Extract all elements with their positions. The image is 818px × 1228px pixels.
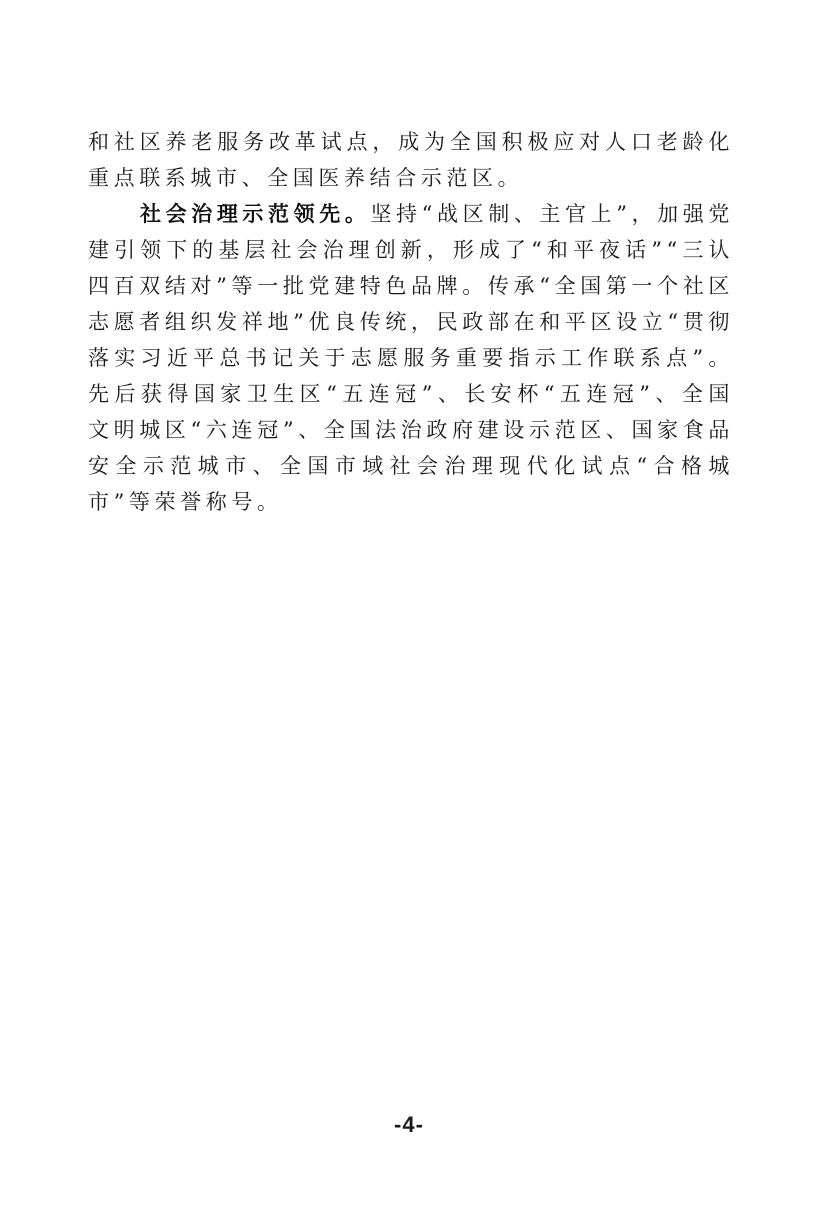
page-number: -4-: [0, 1112, 818, 1138]
paragraph-text: 坚持“战区制、主官上”，加强党建引领下的基层社会治理创新，形成了“和平夜话”“三…: [88, 202, 734, 514]
paragraph-continuation: 和社区养老服务改革试点，成为全国积极应对人口老龄化重点联系城市、全国医养结合示范…: [88, 124, 734, 196]
paragraph-text: 和社区养老服务改革试点，成为全国积极应对人口老龄化重点联系城市、全国医养结合示范…: [88, 130, 734, 190]
document-body: 和社区养老服务改革试点，成为全国积极应对人口老龄化重点联系城市、全国医养结合示范…: [88, 124, 734, 520]
paragraph-lead-heading: 社会治理示范领先。: [140, 202, 370, 226]
paragraph-social-governance: 社会治理示范领先。坚持“战区制、主官上”，加强党建引领下的基层社会治理创新，形成…: [88, 196, 734, 520]
